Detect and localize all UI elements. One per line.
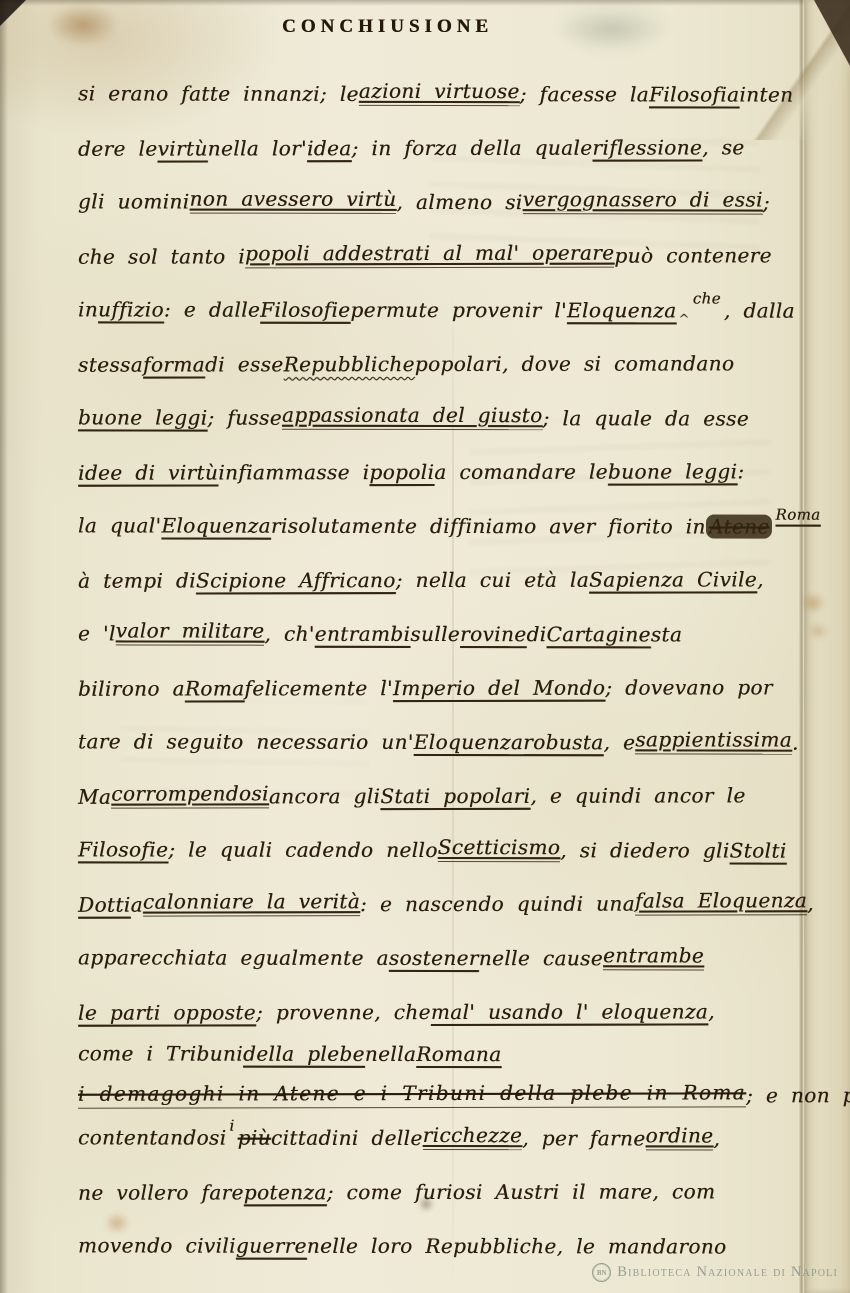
handwritten-text: sappientissima xyxy=(635,727,792,755)
handwritten-text: di xyxy=(526,622,546,646)
smudge xyxy=(556,12,666,48)
handwritten-text: le parti opposte xyxy=(78,1000,256,1024)
handwritten-text: si erano fatte innanzi; le xyxy=(78,81,359,105)
manuscript-line: e 'l valor militare, ch' entrambi sulle … xyxy=(78,591,800,646)
manuscript-line: tare di seguito necessario un' Eloquenza… xyxy=(78,699,800,754)
handwritten-text: Stati popolari xyxy=(380,784,530,808)
interlinear-insertion: i xyxy=(229,1117,234,1135)
page-top-edge-shadow xyxy=(0,0,850,6)
handwritten-text: ; e non più xyxy=(746,1083,850,1107)
handwritten-text: guerre xyxy=(236,1234,307,1258)
fox-spot xyxy=(800,592,826,614)
manuscript-line: Dotti a calonniare la verità: e nascendo… xyxy=(78,861,800,917)
manuscript-line: contentandosiipiù cittadini delle ricche… xyxy=(78,1107,800,1150)
ink-stain xyxy=(48,4,118,46)
handwritten-text: di esse xyxy=(205,352,284,376)
handwritten-text: come i Tribuni xyxy=(78,1041,243,1065)
handwritten-text: Filosofie xyxy=(78,837,168,861)
handwritten-text: Eloquenza xyxy=(161,514,271,538)
handwritten-text: Scipione Affricano xyxy=(196,568,396,592)
handwritten-text: rovine xyxy=(460,622,526,646)
handwritten-text: . xyxy=(792,731,799,755)
handwritten-text: popolari, dove si comandano xyxy=(415,351,735,376)
handwritten-text: ; le quali cadendo nello xyxy=(168,838,437,862)
fox-spot xyxy=(808,622,828,640)
handwritten-text: Imperio del Mondo xyxy=(393,676,605,700)
manuscript-line: che sol tanto i popoli addestrati al mal… xyxy=(78,213,800,269)
handwritten-text: Scetticismo xyxy=(438,834,561,862)
handwritten-text: , ch' xyxy=(264,622,314,646)
struck-out-text: i demagoghi in Atene e i Tribuni della p… xyxy=(78,1080,746,1109)
manuscript-line: gli uomini non avessero virtù, almeno si… xyxy=(78,159,800,214)
handwritten-text: stessa xyxy=(78,353,143,377)
handwritten-text: a comandare le xyxy=(434,460,608,484)
handwritten-text: nelle cause xyxy=(479,946,603,970)
handwritten-text: falsa Eloquenza xyxy=(635,888,807,916)
handwritten-text: ; come furiosi Austri il mare, com xyxy=(327,1179,716,1204)
handwritten-text: inten xyxy=(739,83,793,107)
handwritten-text: uffizio xyxy=(98,297,164,321)
library-emblem-icon: BN xyxy=(592,1263,611,1282)
handwritten-text: ne vollero fare xyxy=(78,1180,244,1204)
handwritten-text: , dalla xyxy=(724,298,795,322)
handwritten-text: Stolti xyxy=(730,839,787,863)
handwritten-text: ; dovevano por xyxy=(605,675,773,699)
handwritten-text: ; la quale da esse xyxy=(542,406,749,430)
handwritten-text: ; nella cui età la xyxy=(396,568,589,592)
manuscript-line: buone leggi; fusse appassionata del gius… xyxy=(78,375,800,430)
handwritten-text: in xyxy=(78,297,98,321)
handwritten-text: a xyxy=(131,893,143,917)
handwritten-text: dere le xyxy=(78,137,157,161)
struck-out-text: Atene xyxy=(706,514,773,538)
handwritten-text: , xyxy=(713,1126,720,1150)
handwritten-text: movendo civili xyxy=(78,1233,236,1257)
handwritten-text: bilirono a xyxy=(78,677,185,701)
handwritten-text: corrompendosi xyxy=(111,781,269,809)
handwritten-text: apparecchiata egualmente a xyxy=(78,945,389,970)
handwritten-text: può contenere xyxy=(614,243,771,267)
handwritten-text: ; xyxy=(763,191,770,215)
handwritten-text: Filosofie xyxy=(260,298,350,322)
handwritten-text: nella xyxy=(365,1042,416,1066)
handwritten-text: , almeno si xyxy=(396,190,522,214)
handwritten-text: e 'l xyxy=(78,621,116,645)
handwritten-text: Roma xyxy=(185,676,245,700)
handwritten-text: popoli xyxy=(369,460,434,484)
handwritten-text: , si diedero gli xyxy=(560,838,729,862)
handwritten-text: sta xyxy=(651,622,682,646)
handwritten-text: ; provenne, che xyxy=(256,1000,431,1024)
manuscript-lines: si erano fatte innanzi; le azioni virtuo… xyxy=(78,52,800,1258)
page-left-edge-shadow xyxy=(0,0,8,1293)
handwritten-text: , se xyxy=(702,135,744,159)
handwritten-text: Ma xyxy=(78,785,111,809)
handwritten-text: permute provenir l' xyxy=(350,298,567,322)
manuscript-line: dere le virtù nella lor' idea; in forza … xyxy=(78,105,800,161)
handwritten-text: idee di virtù xyxy=(78,460,218,484)
handwritten-text: buone leggi xyxy=(608,459,737,483)
handwritten-text: Eloquenza xyxy=(567,298,677,322)
manuscript-line: bilirono a Roma felicemente l' Imperio d… xyxy=(78,645,800,701)
handwritten-text: entrambi xyxy=(315,622,411,646)
handwritten-text: della plebe xyxy=(243,1042,365,1066)
handwritten-text: à tempi di xyxy=(78,569,196,593)
manuscript-line: la qual' Eloquenza risolutamente diffini… xyxy=(78,483,800,538)
manuscript-line: si erano fatte innanzi; le azioni virtuo… xyxy=(78,51,800,106)
manuscript-line: in uffizio: e dalle Filosofie permute pr… xyxy=(78,267,800,322)
handwritten-text: ordine xyxy=(645,1123,713,1151)
handwritten-text: , per farne xyxy=(522,1126,645,1150)
interlinear-insertion: Roma xyxy=(775,506,820,524)
handwritten-text: contentandosi xyxy=(78,1125,226,1149)
handwritten-text: che sol tanto i xyxy=(78,244,245,268)
interlinear-insertion: che xyxy=(693,289,721,307)
struck-out-text: più xyxy=(238,1126,271,1150)
handwritten-text: non avessero virtù xyxy=(189,186,396,214)
handwritten-text: riflessione xyxy=(592,135,702,159)
handwritten-text: Sapienza Civile xyxy=(589,567,757,591)
handwritten-text: popoli addestrati al mal' operare xyxy=(245,240,614,268)
handwritten-text: sostener xyxy=(389,946,479,970)
page-title: CONCHIUSIONE xyxy=(282,16,493,38)
handwritten-text: Dotti xyxy=(78,893,131,917)
handwritten-text: ; in forza della quale xyxy=(351,136,592,161)
handwritten-text: mal' usando l' eloquenza xyxy=(431,999,708,1024)
handwritten-text: Filosofia xyxy=(649,82,739,106)
handwritten-text: buone leggi xyxy=(78,405,207,429)
handwritten-text: Cartagine xyxy=(546,622,650,646)
handwritten-text: entrambe xyxy=(603,943,704,971)
handwritten-text: calonniare la verità xyxy=(143,889,360,917)
library-stamp-label: Biblioteca Nazionale di Napoli xyxy=(617,1264,838,1281)
manuscript-line: le parti opposte; provenne, che mal' usa… xyxy=(78,969,800,1025)
handwritten-text: gli uomini xyxy=(78,189,190,213)
handwritten-text: , e xyxy=(603,730,635,754)
handwritten-text: sulle xyxy=(410,622,460,646)
handwritten-text: Eloquenza xyxy=(414,730,524,754)
handwritten-text: ; fusse xyxy=(207,406,282,430)
handwritten-text: cittadini delle xyxy=(271,1126,423,1150)
handwritten-text: , xyxy=(757,567,764,591)
manuscript-line: Ma corrompendosi ancora gli Stati popola… xyxy=(78,753,800,809)
handwritten-text: , e quindi ancor le xyxy=(530,783,745,807)
handwritten-text: forma xyxy=(143,352,205,376)
handwritten-text: ricchezze xyxy=(423,1122,523,1150)
handwritten-text: nelle loro Repubbliche, le mandarono xyxy=(307,1234,727,1259)
handwritten-text: ancora gli xyxy=(269,784,381,808)
handwritten-text: , xyxy=(708,999,715,1023)
handwritten-text: : e nascendo quindi una xyxy=(360,892,635,917)
manuscript-line: movendo civili guerre nelle loro Repubbl… xyxy=(78,1203,800,1258)
handwritten-text: azioni virtuose xyxy=(359,78,520,106)
manuscript-line-inserted: i demagoghi in Atene e i Tribuni della p… xyxy=(78,1065,800,1109)
handwritten-text: Repubbliche xyxy=(283,352,414,376)
handwritten-text: potenza xyxy=(244,1180,327,1204)
library-monogram: BN xyxy=(597,1269,607,1277)
handwritten-text: nella lor' xyxy=(208,136,307,160)
manuscript-line: idee di virtù infiammasse i popoli a com… xyxy=(78,429,800,485)
handwritten-text: felicemente l' xyxy=(244,676,393,700)
handwritten-text: idea xyxy=(307,136,352,160)
handwritten-text: Romana xyxy=(416,1042,501,1066)
handwritten-text: la qual' xyxy=(78,513,161,537)
handwritten-text: robusta xyxy=(523,730,603,754)
handwritten-text: , xyxy=(807,891,814,915)
manuscript-page: CONCHIUSIONE si erano fatte innanzi; le … xyxy=(0,0,850,1293)
handwritten-text: : e dalle xyxy=(164,298,260,322)
handwritten-text: virtù xyxy=(157,136,207,160)
manuscript-line: Filosofie; le quali cadendo nello Scetti… xyxy=(78,807,800,862)
handwritten-text: tare di seguito necessario un' xyxy=(78,729,414,754)
handwritten-text: : xyxy=(737,459,744,483)
handwritten-text: infiammasse i xyxy=(218,460,369,484)
handwritten-text: risolutamente diffiniamo aver fiorito in xyxy=(271,514,706,539)
manuscript-line: come i Tribuni della plebe nella Romana xyxy=(78,1023,800,1066)
library-stamp: BN Biblioteca Nazionale di Napoli xyxy=(592,1263,838,1282)
manuscript-line: apparecchiata egualmente a sostener nell… xyxy=(78,915,800,970)
manuscript-line: à tempi di Scipione Affricano; nella cui… xyxy=(78,537,800,593)
handwritten-text: valor militare xyxy=(116,618,265,646)
manuscript-line: stessa forma di esse Repubbliche popolar… xyxy=(78,321,800,377)
handwritten-text: appassionata del giusto xyxy=(282,402,543,430)
manuscript-line: ne vollero fare potenza; come furiosi Au… xyxy=(78,1149,800,1205)
handwritten-text: ; facesse la xyxy=(520,82,649,106)
handwritten-text: vergognassero di essi xyxy=(523,187,763,215)
